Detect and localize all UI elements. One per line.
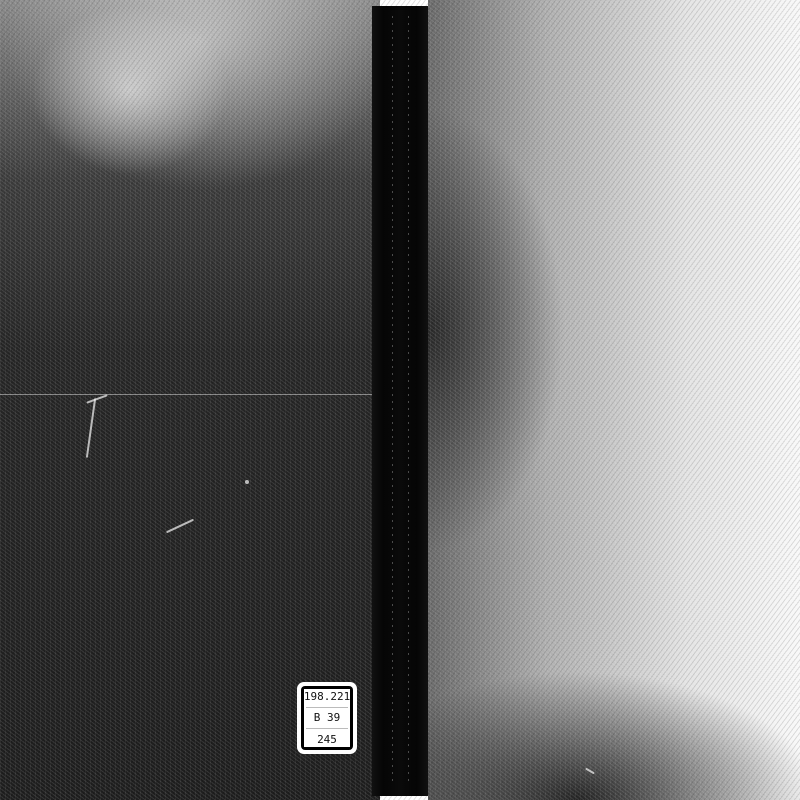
call-number-label-border: 198.221 B 39 245 [301,686,353,750]
back-cover [0,0,380,800]
front-cover [428,0,800,800]
call-number-line-2: B 39 [314,712,341,723]
scan-artifact-line [0,394,372,395]
call-number-label-face: 198.221 B 39 245 [304,689,350,747]
scratch-mark [245,480,249,484]
call-number-line-1: 198.221 [304,691,350,702]
book-cover-scan: 198.221 B 39 245 [0,0,800,800]
label-divider [306,707,347,708]
call-number-label: 198.221 B 39 245 [297,682,357,754]
call-number-line-3: 245 [317,734,337,745]
label-divider [306,728,347,729]
book-spine [372,6,428,796]
